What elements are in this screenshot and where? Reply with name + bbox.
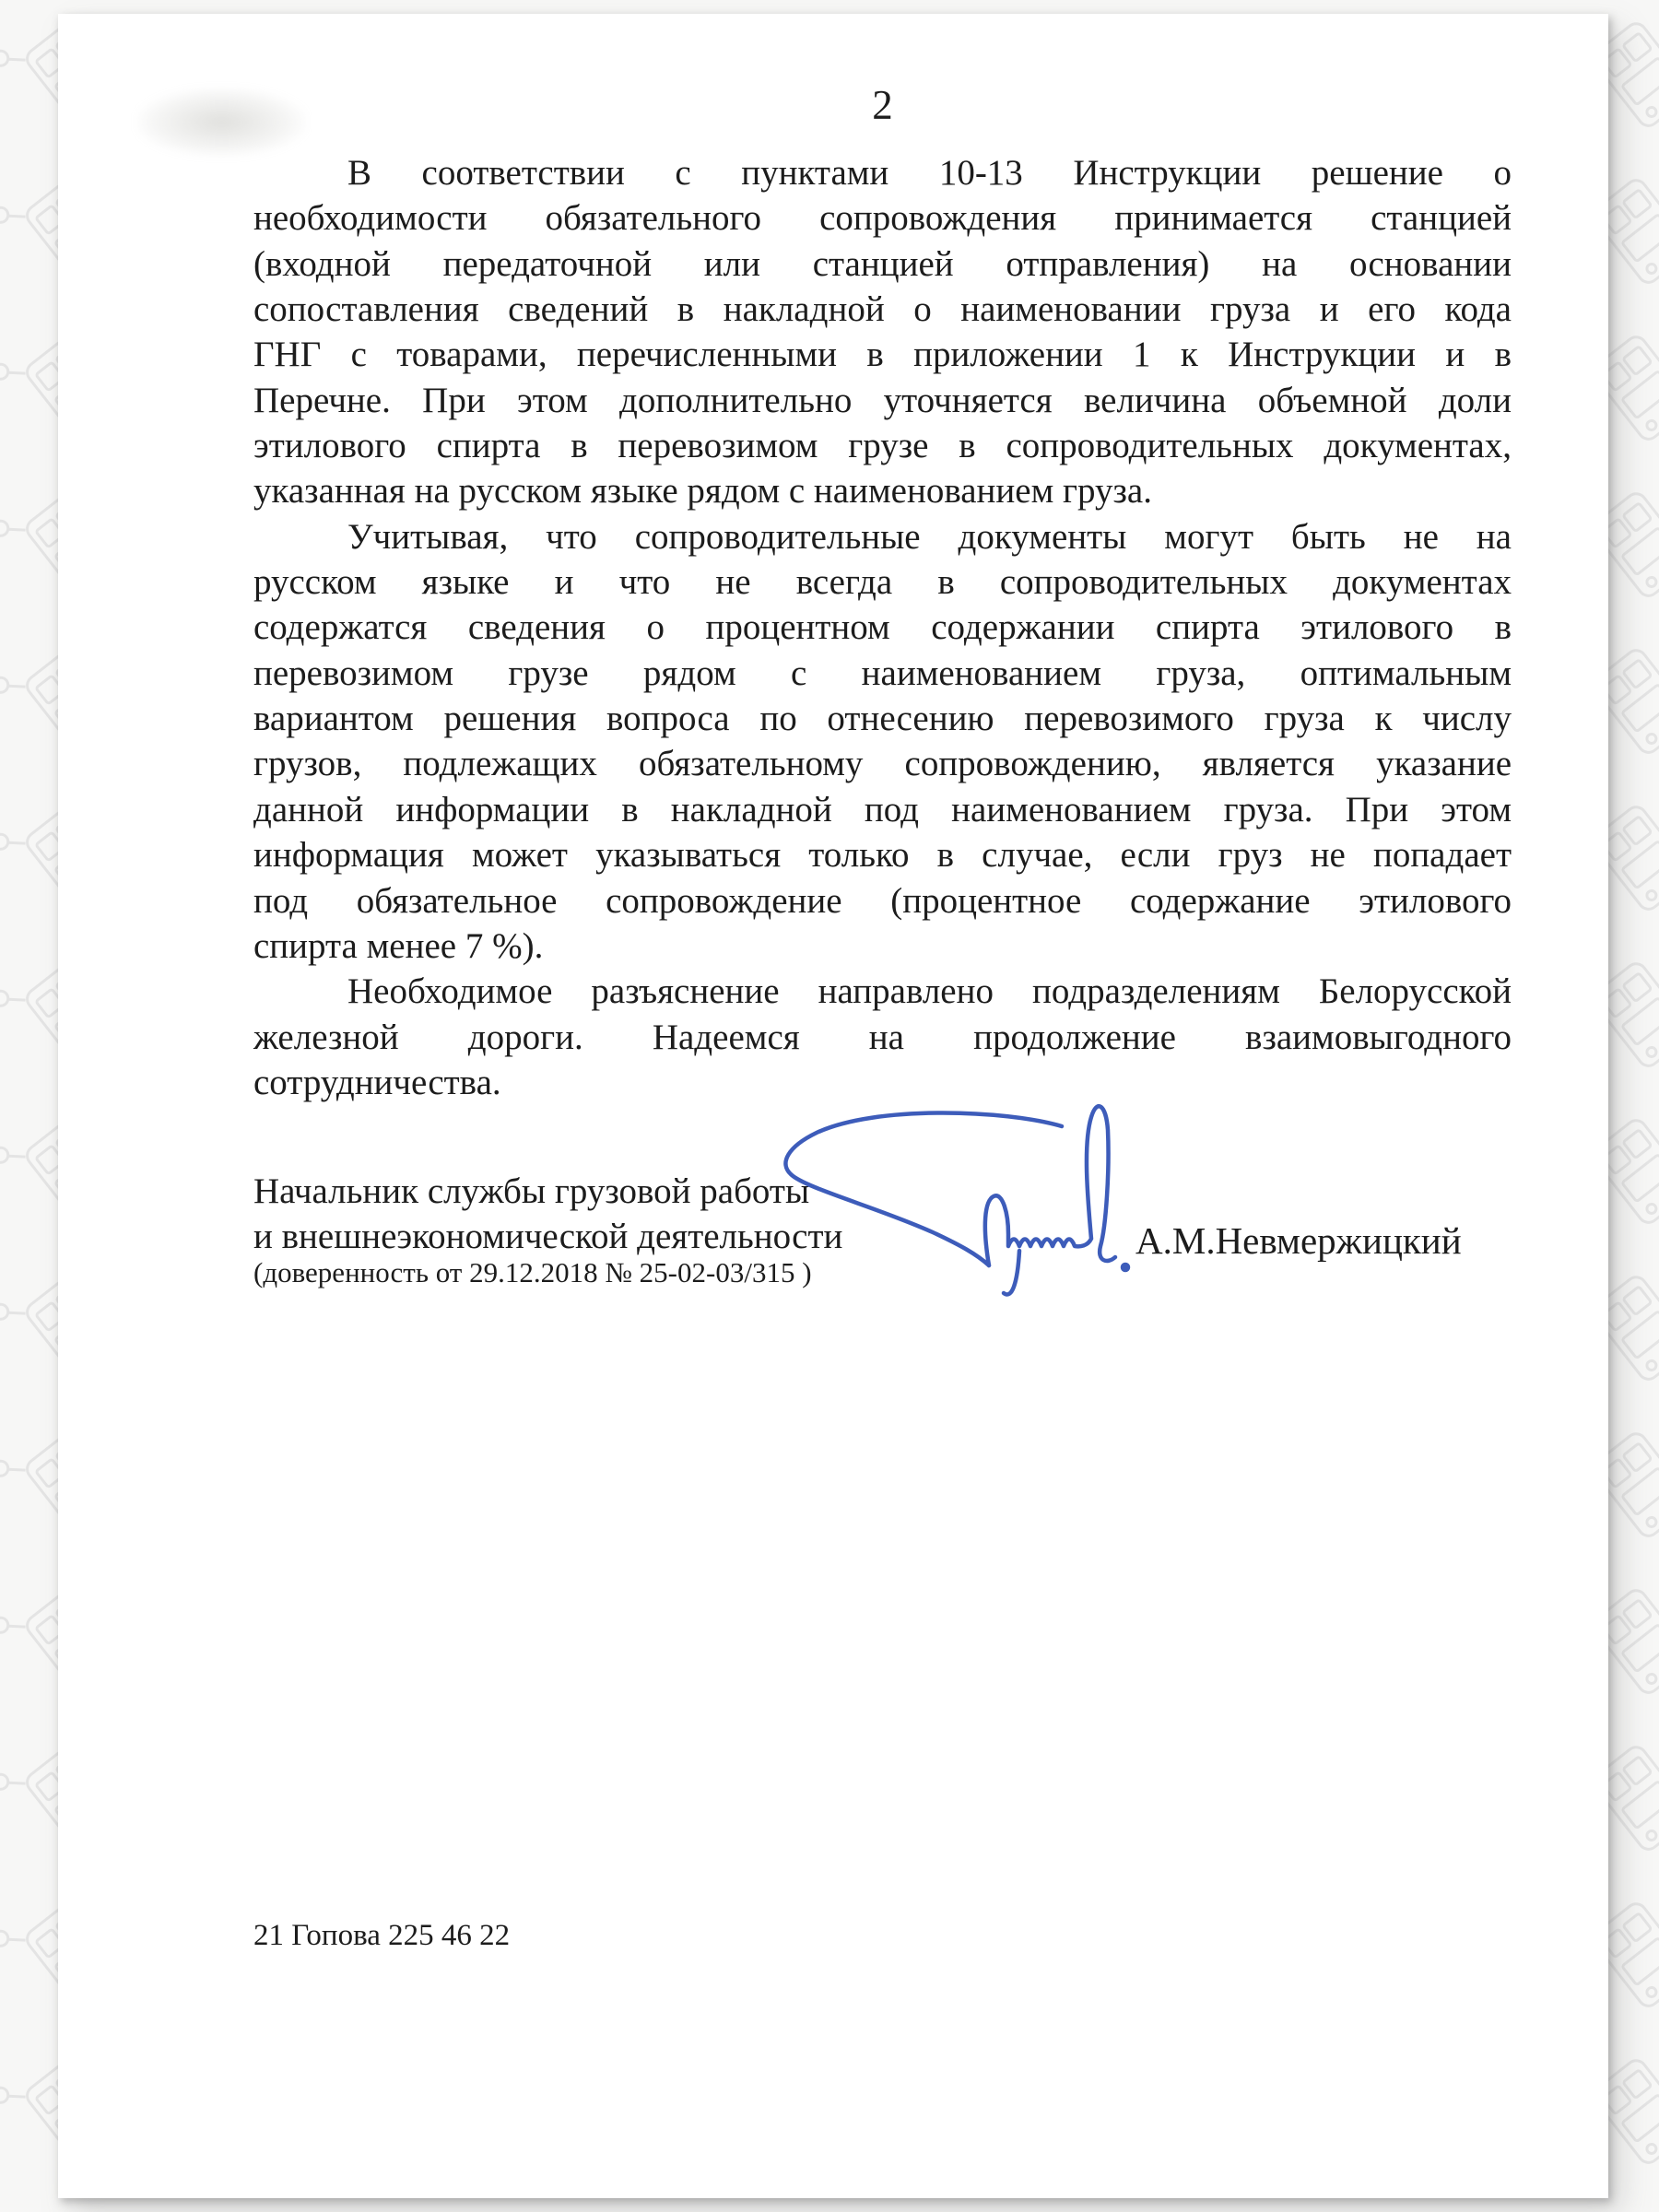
- signer-name: А.М.Невмержицкий: [1135, 1218, 1462, 1263]
- body-line: спирта менее 7 %).: [253, 924, 1512, 969]
- body-line: Перечне. При этом дополнительно уточняет…: [253, 378, 1512, 423]
- scan-background: 2 В соответствии с пунктами 10-13 Инстру…: [0, 0, 1659, 2212]
- body-line: железной дороги. Надеемся на продолжение…: [253, 1015, 1512, 1060]
- document-page: 2 В соответствии с пунктами 10-13 Инстру…: [58, 14, 1608, 2198]
- body-line: вариантом решения вопроса по отнесению п…: [253, 696, 1512, 741]
- body-line: Необходимое разъяснение направлено подра…: [253, 969, 1512, 1014]
- body-line: грузов, подлежащих обязательному сопрово…: [253, 741, 1512, 786]
- body-line: перевозимом грузе рядом с наименованием …: [253, 651, 1512, 696]
- body-line: необходимости обязательного сопровождени…: [253, 195, 1512, 241]
- body-line: под обязательное сопровождение (процентн…: [253, 878, 1512, 924]
- body-line: сопоставления сведений в накладной о наи…: [253, 287, 1512, 332]
- body-line: данной информации в накладной под наимен…: [253, 787, 1512, 832]
- executor-footer: 21 Гопова 225 46 22: [253, 1919, 510, 1953]
- body-line: указанная на русском языке рядом с наиме…: [253, 468, 1512, 513]
- body-line: информация может указываться только в сл…: [253, 832, 1512, 877]
- body-line: русском языке и что не всегда в сопровод…: [253, 559, 1512, 605]
- body-line: ГНГ с товарами, перечисленными в приложе…: [253, 332, 1512, 377]
- body-line: содержатся сведения о процентном содержа…: [253, 605, 1512, 650]
- page-number: 2: [253, 81, 1512, 129]
- body-line: этилового спирта в перевозимом грузе в с…: [253, 423, 1512, 468]
- body-line: Учитывая, что сопроводительные документы…: [253, 514, 1512, 559]
- body-line: (входной передаточной или станцией отпра…: [253, 241, 1512, 287]
- letter-body: В соответствии с пунктами 10-13 Инструкц…: [253, 150, 1512, 1105]
- handwritten-signature-icon: [774, 1092, 1180, 1323]
- body-line: В соответствии с пунктами 10-13 Инструкц…: [253, 150, 1512, 195]
